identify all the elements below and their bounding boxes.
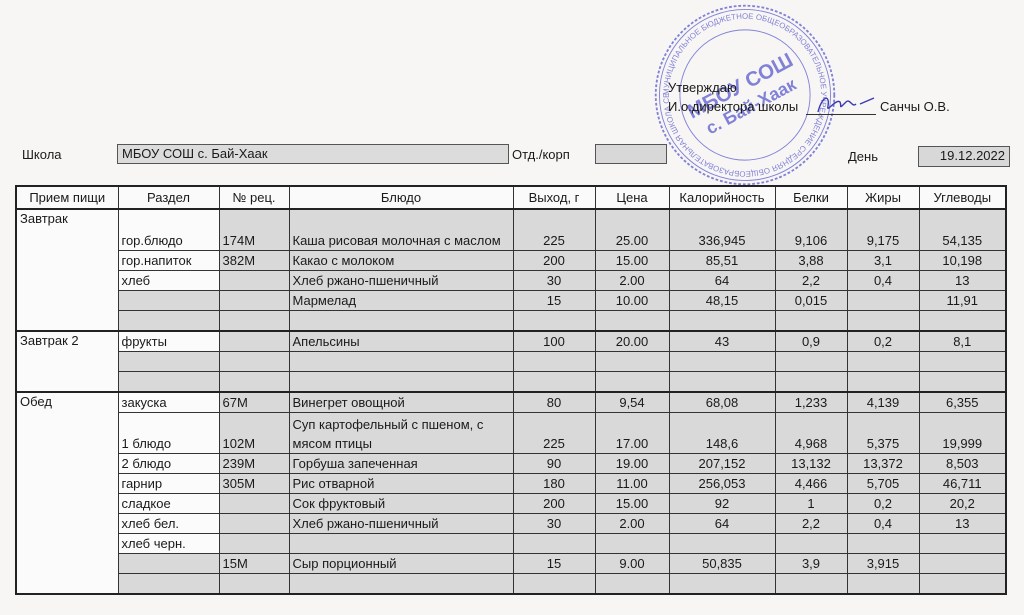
- approval-title: Утверждаю: [668, 80, 737, 95]
- yield-cell: 225: [513, 209, 595, 251]
- section-cell: 1 блюдо: [118, 413, 219, 454]
- yield-cell: 200: [513, 494, 595, 514]
- school-label: Школа: [22, 147, 62, 162]
- yield-cell: 80: [513, 392, 595, 413]
- table-row: Обедзакуска67МВинегрет овощной809,5468,0…: [16, 392, 1006, 413]
- section-cell: [118, 311, 219, 332]
- calories-cell: 48,15: [669, 291, 775, 311]
- price-cell: 25.00: [595, 209, 669, 251]
- column-header-recipe: № рец.: [219, 186, 289, 209]
- dish-cell: Сыр порционный: [289, 554, 513, 574]
- school-stamp: МУНИЦИПАЛЬНОЕ БЮДЖЕТНОЕ ОБЩЕОБРАЗОВАТЕЛЬ…: [652, 2, 838, 188]
- carbs-cell: 8,503: [919, 454, 1006, 474]
- section-cell: [118, 372, 219, 393]
- recipe-cell: [219, 352, 289, 372]
- column-header-meal: Прием пищи: [16, 186, 118, 209]
- dish-cell: Какао с молоком: [289, 251, 513, 271]
- calories-cell: [669, 352, 775, 372]
- section-cell: гарнир: [118, 474, 219, 494]
- column-header-calories: Калорийность: [669, 186, 775, 209]
- dish-cell: Хлеб ржано-пшеничный: [289, 514, 513, 534]
- fat-cell: [847, 372, 919, 393]
- section-cell: [118, 352, 219, 372]
- fat-cell: [847, 291, 919, 311]
- meal-cell: Завтрак 2: [16, 331, 118, 392]
- fat-cell: 0,4: [847, 271, 919, 291]
- table-row: [16, 372, 1006, 393]
- fat-cell: 0,2: [847, 494, 919, 514]
- carbs-cell: [919, 574, 1006, 595]
- calories-cell: 148,6: [669, 413, 775, 454]
- dish-cell: [289, 352, 513, 372]
- calories-cell: 64: [669, 514, 775, 534]
- carbs-cell: 10,198: [919, 251, 1006, 271]
- price-cell: [595, 352, 669, 372]
- yield-cell: [513, 574, 595, 595]
- recipe-cell: [219, 574, 289, 595]
- table-body: Завтракгор.блюдо174МКаша рисовая молочна…: [16, 209, 1006, 594]
- table-row: сладкоеСок фруктовый20015.009210,220,2: [16, 494, 1006, 514]
- recipe-cell: [219, 271, 289, 291]
- protein-cell: 4,968: [775, 413, 847, 454]
- director-name: Санчы О.В.: [880, 99, 950, 114]
- section-cell: [118, 574, 219, 595]
- recipe-cell: [219, 291, 289, 311]
- table-row: [16, 311, 1006, 332]
- yield-cell: 225: [513, 413, 595, 454]
- recipe-cell: 174М: [219, 209, 289, 251]
- table-row: хлеб черн.: [16, 534, 1006, 554]
- calories-cell: 256,053: [669, 474, 775, 494]
- column-header-dish: Блюдо: [289, 186, 513, 209]
- fat-cell: [847, 534, 919, 554]
- yield-cell: [513, 352, 595, 372]
- yield-cell: [513, 372, 595, 393]
- price-cell: [595, 311, 669, 332]
- column-header-fat: Жиры: [847, 186, 919, 209]
- meal-cell: Завтрак: [16, 209, 118, 331]
- section-cell: 2 блюдо: [118, 454, 219, 474]
- fat-cell: 5,375: [847, 413, 919, 454]
- school-field[interactable]: МБОУ СОШ с. Бай-Хаак: [117, 144, 509, 164]
- department-field[interactable]: [595, 144, 667, 164]
- table-row: [16, 574, 1006, 595]
- column-header-protein: Белки: [775, 186, 847, 209]
- menu-table: Прием пищиРаздел№ рец.БлюдоВыход, гЦенаК…: [15, 185, 1007, 595]
- dish-cell: Винегрет овощной: [289, 392, 513, 413]
- dish-cell: Суп картофельный с пшеном, с мясом птицы: [289, 413, 513, 454]
- approval-position: И.о.директора школы: [668, 99, 798, 114]
- calories-cell: 50,835: [669, 554, 775, 574]
- calories-cell: 92: [669, 494, 775, 514]
- calories-cell: 85,51: [669, 251, 775, 271]
- recipe-cell: 102М: [219, 413, 289, 454]
- recipe-cell: [219, 311, 289, 332]
- yield-cell: [513, 534, 595, 554]
- fat-cell: [847, 574, 919, 595]
- yield-cell: 100: [513, 331, 595, 352]
- recipe-cell: [219, 372, 289, 393]
- price-cell: 20.00: [595, 331, 669, 352]
- protein-cell: 4,466: [775, 474, 847, 494]
- carbs-cell: 46,711: [919, 474, 1006, 494]
- carbs-cell: [919, 534, 1006, 554]
- fat-cell: 9,175: [847, 209, 919, 251]
- dish-cell: [289, 534, 513, 554]
- section-cell: гор.напиток: [118, 251, 219, 271]
- price-cell: 11.00: [595, 474, 669, 494]
- table-row: 15МСыр порционный159.0050,8353,93,915: [16, 554, 1006, 574]
- yield-cell: 15: [513, 291, 595, 311]
- fat-cell: 5,705: [847, 474, 919, 494]
- carbs-cell: [919, 311, 1006, 332]
- yield-cell: 90: [513, 454, 595, 474]
- calories-cell: 68,08: [669, 392, 775, 413]
- yield-cell: [513, 311, 595, 332]
- dish-cell: [289, 574, 513, 595]
- fat-cell: [847, 311, 919, 332]
- table-row: [16, 352, 1006, 372]
- yield-cell: 30: [513, 271, 595, 291]
- price-cell: 9.00: [595, 554, 669, 574]
- carbs-cell: 8,1: [919, 331, 1006, 352]
- section-cell: гор.блюдо: [118, 209, 219, 251]
- table-row: 1 блюдо102МСуп картофельный с пшеном, с …: [16, 413, 1006, 454]
- dish-cell: Сок фруктовый: [289, 494, 513, 514]
- price-cell: [595, 534, 669, 554]
- price-cell: 17.00: [595, 413, 669, 454]
- protein-cell: 13,132: [775, 454, 847, 474]
- protein-cell: 0,015: [775, 291, 847, 311]
- fat-cell: 13,372: [847, 454, 919, 474]
- yield-cell: 15: [513, 554, 595, 574]
- recipe-cell: [219, 514, 289, 534]
- dish-cell: [289, 372, 513, 393]
- recipe-cell: 382М: [219, 251, 289, 271]
- table-header-row: Прием пищиРаздел№ рец.БлюдоВыход, гЦенаК…: [16, 186, 1006, 209]
- calories-cell: [669, 574, 775, 595]
- yield-cell: 200: [513, 251, 595, 271]
- fat-cell: [847, 352, 919, 372]
- calories-cell: [669, 311, 775, 332]
- fat-cell: 3,1: [847, 251, 919, 271]
- carbs-cell: [919, 554, 1006, 574]
- table-row: Мармелад1510.0048,150,01511,91: [16, 291, 1006, 311]
- price-cell: 2.00: [595, 271, 669, 291]
- carbs-cell: 13: [919, 271, 1006, 291]
- dish-cell: Апельсины: [289, 331, 513, 352]
- protein-cell: 3,88: [775, 251, 847, 271]
- section-cell: сладкое: [118, 494, 219, 514]
- fat-cell: 0,4: [847, 514, 919, 534]
- calories-cell: [669, 534, 775, 554]
- protein-cell: 1: [775, 494, 847, 514]
- fat-cell: 0,2: [847, 331, 919, 352]
- price-cell: 10.00: [595, 291, 669, 311]
- price-cell: 9,54: [595, 392, 669, 413]
- dish-cell: Хлеб ржано-пшеничный: [289, 271, 513, 291]
- calories-cell: 64: [669, 271, 775, 291]
- yield-cell: 180: [513, 474, 595, 494]
- recipe-cell: 67М: [219, 392, 289, 413]
- price-cell: [595, 574, 669, 595]
- carbs-cell: [919, 372, 1006, 393]
- protein-cell: [775, 372, 847, 393]
- signature-mark: [812, 92, 876, 116]
- yield-cell: 30: [513, 514, 595, 534]
- fat-cell: 4,139: [847, 392, 919, 413]
- dish-cell: Мармелад: [289, 291, 513, 311]
- recipe-cell: [219, 494, 289, 514]
- calories-cell: 43: [669, 331, 775, 352]
- protein-cell: 2,2: [775, 514, 847, 534]
- protein-cell: 0,9: [775, 331, 847, 352]
- meal-cell: Обед: [16, 392, 118, 594]
- protein-cell: [775, 352, 847, 372]
- dish-cell: Каша рисовая молочная с маслом: [289, 209, 513, 251]
- dish-cell: Горбуша запеченная: [289, 454, 513, 474]
- carbs-cell: 11,91: [919, 291, 1006, 311]
- price-cell: [595, 372, 669, 393]
- day-label: День: [848, 149, 878, 164]
- recipe-cell: 15М: [219, 554, 289, 574]
- protein-cell: [775, 574, 847, 595]
- protein-cell: 3,9: [775, 554, 847, 574]
- section-cell: [118, 554, 219, 574]
- recipe-cell: [219, 534, 289, 554]
- price-cell: 19.00: [595, 454, 669, 474]
- table-row: гарнир305МРис отварной18011.00256,0534,4…: [16, 474, 1006, 494]
- price-cell: 15.00: [595, 251, 669, 271]
- table-row: хлебХлеб ржано-пшеничный302.00642,20,413: [16, 271, 1006, 291]
- table-row: 2 блюдо239МГорбуша запеченная9019.00207,…: [16, 454, 1006, 474]
- table-row: Завтракгор.блюдо174МКаша рисовая молочна…: [16, 209, 1006, 251]
- carbs-cell: 54,135: [919, 209, 1006, 251]
- carbs-cell: 20,2: [919, 494, 1006, 514]
- calories-cell: 207,152: [669, 454, 775, 474]
- column-header-section: Раздел: [118, 186, 219, 209]
- department-label: Отд./корп: [512, 147, 570, 162]
- protein-cell: 9,106: [775, 209, 847, 251]
- calories-cell: 336,945: [669, 209, 775, 251]
- carbs-cell: 6,355: [919, 392, 1006, 413]
- table-row: хлеб бел.Хлеб ржано-пшеничный302.00642,2…: [16, 514, 1006, 534]
- dish-cell: [289, 311, 513, 332]
- section-cell: хлеб: [118, 271, 219, 291]
- section-cell: хлеб бел.: [118, 514, 219, 534]
- protein-cell: 1,233: [775, 392, 847, 413]
- section-cell: хлеб черн.: [118, 534, 219, 554]
- protein-cell: [775, 311, 847, 332]
- carbs-cell: 13: [919, 514, 1006, 534]
- section-cell: [118, 291, 219, 311]
- fat-cell: 3,915: [847, 554, 919, 574]
- carbs-cell: [919, 352, 1006, 372]
- section-cell: закуска: [118, 392, 219, 413]
- carbs-cell: 19,999: [919, 413, 1006, 454]
- recipe-cell: 239М: [219, 454, 289, 474]
- table-row: гор.напиток382МКакао с молоком20015.0085…: [16, 251, 1006, 271]
- day-field[interactable]: 19.12.2022: [918, 146, 1010, 167]
- section-cell: фрукты: [118, 331, 219, 352]
- dish-cell: Рис отварной: [289, 474, 513, 494]
- recipe-cell: [219, 331, 289, 352]
- calories-cell: [669, 372, 775, 393]
- price-cell: 15.00: [595, 494, 669, 514]
- price-cell: 2.00: [595, 514, 669, 534]
- protein-cell: [775, 534, 847, 554]
- column-header-price: Цена: [595, 186, 669, 209]
- column-header-yield: Выход, г: [513, 186, 595, 209]
- table-row: Завтрак 2фруктыАпельсины10020.00430,90,2…: [16, 331, 1006, 352]
- recipe-cell: 305М: [219, 474, 289, 494]
- protein-cell: 2,2: [775, 271, 847, 291]
- column-header-carbs: Углеводы: [919, 186, 1006, 209]
